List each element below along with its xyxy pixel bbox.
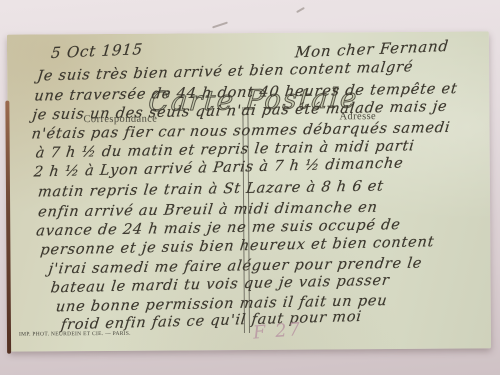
pencil-mark: F 27 [252, 319, 303, 344]
scratch-mark [296, 7, 305, 13]
scratch-mark [212, 22, 228, 29]
card-edge [5, 101, 11, 354]
handwritten-date: 5 Oct 1915 [50, 40, 144, 62]
handwriting-line: enfin arrivé au Breuil à midi dimanche e… [37, 200, 379, 221]
handwritten-salutation: Mon cher Fernand [294, 37, 450, 62]
postcard: Carte Postale Correspondance Adresse IMP… [7, 31, 491, 351]
handwriting-line: matin repris le train à St Lazare à 8 h … [37, 178, 385, 200]
postcard-photo: Carte Postale Correspondance Adresse IMP… [0, 0, 500, 375]
handwriting-line: Je suis très bien arrivé et bien content… [36, 59, 414, 84]
